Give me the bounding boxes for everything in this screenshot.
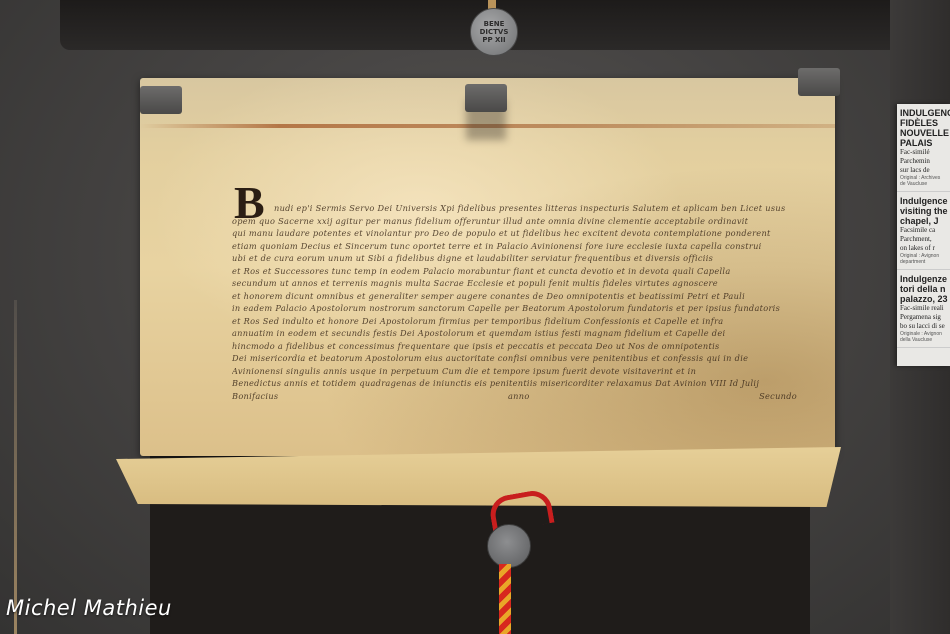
- exhibit-scene: BENEDICTVSPP XII B nudi ep'i Sermis Serv…: [0, 0, 950, 634]
- glass-edge: [14, 300, 17, 634]
- manuscript-line: opem quo Sacerne xxij agitur per manus f…: [232, 215, 807, 228]
- manuscript-line: ubi et de cura eorum unum ut Sibi a fide…: [232, 252, 807, 265]
- manuscript-line: et honorem dicunt omnibus et generaliter…: [232, 290, 807, 303]
- manuscript-line: Avinionensi singulis annis usque in perp…: [232, 365, 807, 378]
- mounting-clip-left: [140, 86, 182, 114]
- manuscript-line: etiam quoniam Decius et Sincerum tunc op…: [232, 240, 807, 253]
- manuscript-line: Benedictus annis et totidem quadragenas …: [232, 377, 807, 390]
- mounting-clip-center: [465, 84, 507, 112]
- dating-fragment: anno: [508, 390, 530, 403]
- manuscript-line: et Ros Sed indulto et honore Dei Apostol…: [232, 315, 807, 328]
- bottom-lead-seal: [487, 524, 531, 568]
- seal-cord: [499, 564, 511, 634]
- manuscript-line: et Ros et Successores tunc temp in eodem…: [232, 265, 807, 278]
- closing-name: Bonifacius: [232, 390, 278, 403]
- manuscript-line: Dei misericordia et beatorum Apostolorum…: [232, 352, 807, 365]
- mounting-clip-right: [798, 68, 840, 96]
- manuscript-text: nudi ep'i Sermis Servo Dei Universis Xpi…: [232, 180, 807, 402]
- top-lead-seal: BENEDICTVSPP XII: [470, 8, 518, 56]
- label-section-english: Indulgence visiting the chapel, J Facsim…: [897, 192, 950, 270]
- manuscript-line: secundum ut annos et terrenis magnis mul…: [232, 277, 807, 290]
- manuscript-line: in eadem Palacio Apostolorum nostrorum s…: [232, 302, 807, 315]
- manuscript-line: hincmodo a fidelibus et concessimus freq…: [232, 340, 807, 353]
- label-section-italian: Indulgenze tori della n palazzo, 23 Fac-…: [897, 270, 950, 348]
- manuscript-line: qui manu laudare potentes et vinolantur …: [232, 227, 807, 240]
- photographer-watermark: Michel Mathieu: [6, 596, 172, 620]
- label-section-french: INDULGENCE FIDÈLES NOUVELLE PALAIS Fac-s…: [897, 104, 950, 192]
- manuscript-line: nudi ep'i Sermis Servo Dei Universis Xpi…: [232, 202, 807, 215]
- closing-right: Secundo: [759, 390, 797, 403]
- manuscript-line: annuatim in eodem et secundis festis Dei…: [232, 327, 807, 340]
- museum-label: INDULGENCE FIDÈLES NOUVELLE PALAIS Fac-s…: [897, 104, 950, 366]
